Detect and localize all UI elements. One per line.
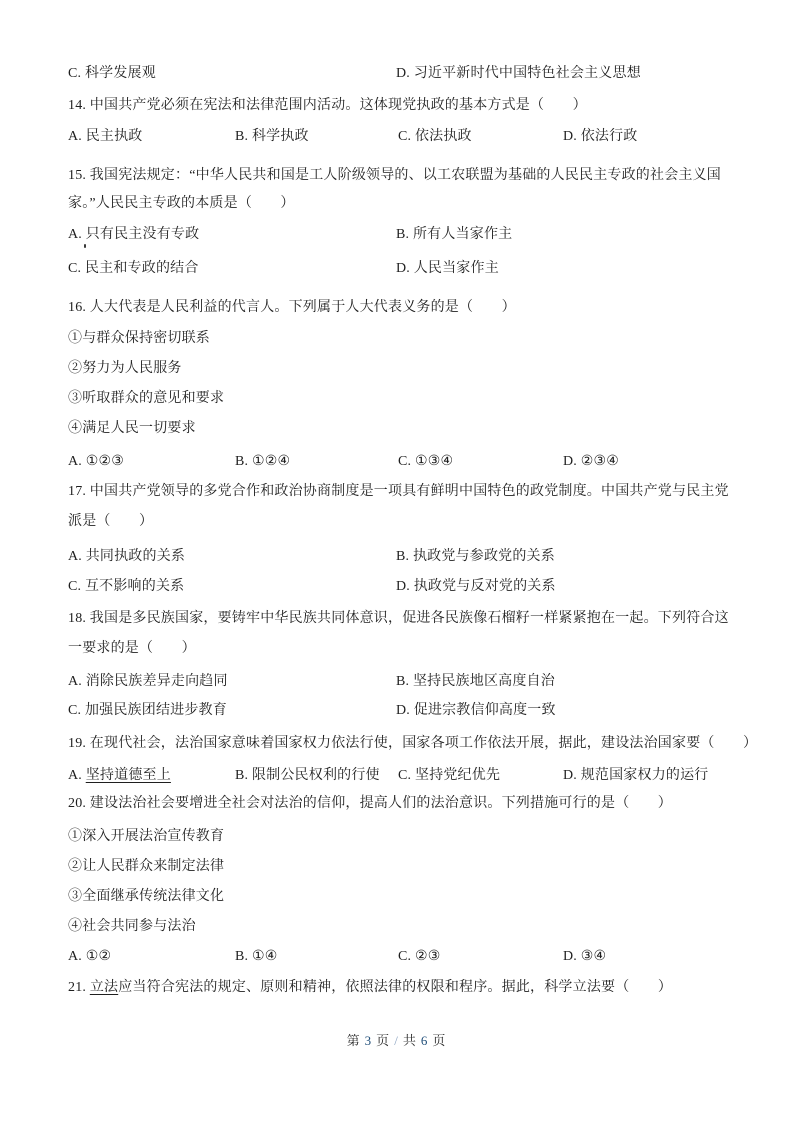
question-17-option-a: A. 共同执政的关系 <box>68 547 185 566</box>
footer-total-number: 6 <box>417 1033 433 1048</box>
question-16-item-4: ④满足人民一切要求 <box>68 419 748 439</box>
question-18-option-d: D. 促进宗教信仰高度一致 <box>396 701 556 720</box>
question-18-options-row-ab: A. 消除民族差异走向趋同 B. 坚持民族地区高度自治 <box>68 672 748 692</box>
question-21-stem: 21. 立法应当符合宪法的规定、原则和精神，依照法律的权限和程序。据此，科学立法… <box>68 978 748 998</box>
question-20-item-1: ①深入开展法治宣传教育 <box>68 827 748 847</box>
question-19-option-a: A. 坚持道德至上 <box>68 766 171 785</box>
question-16-options-row: A. ①②③ B. ①②④ C. ①③④ D. ②③④ <box>68 452 748 472</box>
question-19-option-d: D. 规范国家权力的运行 <box>563 766 709 785</box>
question-13-option-d: D. 习近平新时代中国特色社会主义思想 <box>396 64 641 83</box>
question-15-stem-line2: 家。”人民民主专政的本质是（ ） <box>68 194 748 214</box>
question-17-stem-line1: 17. 中国共产党领导的多党合作和政治协商制度是一项具有鲜明中国特色的政党制度。… <box>68 482 748 502</box>
footer-separator: / <box>390 1033 403 1048</box>
question-15-option-a: A. 只有民主没有专政 <box>68 225 199 244</box>
question-16-item-2: ②努力为人民服务 <box>68 359 748 379</box>
question-19-option-a-underlined-text: 坚持道德至上 <box>86 768 171 783</box>
question-17-options-row-cd: C. 互不影响的关系 D. 执政党与反对党的关系 <box>68 577 748 597</box>
question-20-item-3: ③全面继承传统法律文化 <box>68 887 748 907</box>
footer-total-label-left: 共 <box>403 1033 417 1048</box>
question-17-option-d: D. 执政党与反对党的关系 <box>396 577 556 596</box>
question-20-options-row: A. ①② B. ①④ C. ②③ D. ③④ <box>68 947 748 967</box>
question-14-option-a: A. 民主执政 <box>68 127 143 146</box>
question-15-option-c: C. 民主和专政的结合 <box>68 259 199 278</box>
question-14-option-c: C. 依法执政 <box>398 127 472 146</box>
question-16-stem: 16. 人大代表是人民利益的代言人。下列属于人大代表义务的是（ ） <box>68 298 748 318</box>
question-18-option-b: B. 坚持民族地区高度自治 <box>396 672 555 691</box>
question-17-stem-line2: 派是（ ） <box>68 512 748 532</box>
question-19-options-row: A. 坚持道德至上 B. 限制公民权利的行使 C. 坚持党纪优先 D. 规范国家… <box>68 766 748 786</box>
question-19-stem: 19. 在现代社会，法治国家意味着国家权力依法行使，国家各项工作依法开展，据此，… <box>68 734 748 754</box>
footer-page-number: 3 <box>361 1033 377 1048</box>
question-18-options-row-cd: C. 加强民族团结进步教育 D. 促进宗教信仰高度一致 <box>68 701 748 721</box>
question-15-option-b: B. 所有人当家作主 <box>396 225 512 244</box>
question-20-option-c: C. ②③ <box>398 947 440 966</box>
question-15-stem-line1: 15. 我国宪法规定：“中华人民共和国是工人阶级领导的、以工农联盟为基础的人民民… <box>68 166 748 186</box>
question-19-option-c: C. 坚持党纪优先 <box>398 766 500 785</box>
stray-dot-artifact <box>84 244 86 248</box>
question-13-options-row: C. 科学发展观 D. 习近平新时代中国特色社会主义思想 <box>68 64 748 84</box>
question-18-option-a: A. 消除民族差异走向趋同 <box>68 672 228 691</box>
question-17-options-row-ab: A. 共同执政的关系 B. 执政党与参政党的关系 <box>68 547 748 567</box>
question-19-option-b: B. 限制公民权利的行使 <box>235 766 380 785</box>
question-21-stem-underlined-text: 立法 <box>90 980 118 995</box>
question-15-option-d: D. 人民当家作主 <box>396 259 499 278</box>
question-14-option-d: D. 依法行政 <box>563 127 638 146</box>
question-14-stem: 14. 中国共产党必须在宪法和法律范围内活动。这体现党执政的基本方式是（ ） <box>68 96 748 116</box>
page-footer: 第3页/共6页 <box>0 1030 793 1049</box>
exam-page: C. 科学发展观 D. 习近平新时代中国特色社会主义思想 14. 中国共产党必须… <box>0 0 793 1122</box>
question-14-option-b: B. 科学执政 <box>235 127 309 146</box>
question-21-stem-prefix: 21. <box>68 980 90 995</box>
question-20-option-d: D. ③④ <box>563 947 606 966</box>
question-16-option-c: C. ①③④ <box>398 452 453 471</box>
question-16-item-3: ③听取群众的意见和要求 <box>68 389 748 409</box>
question-18-option-c: C. 加强民族团结进步教育 <box>68 701 227 720</box>
question-20-item-2: ②让人民群众来制定法律 <box>68 857 748 877</box>
question-16-item-1: ①与群众保持密切联系 <box>68 329 748 349</box>
question-20-option-a: A. ①② <box>68 947 111 966</box>
question-16-option-b: B. ①②④ <box>235 452 290 471</box>
footer-page-label-left: 第 <box>347 1033 361 1048</box>
question-21-stem-rest: 应当符合宪法的规定、原则和精神，依照法律的权限和程序。据此，科学立法要（ ） <box>118 980 672 995</box>
question-16-option-d: D. ②③④ <box>563 452 619 471</box>
question-15-options-row-cd: C. 民主和专政的结合 D. 人民当家作主 <box>68 259 748 279</box>
question-20-option-b: B. ①④ <box>235 947 277 966</box>
footer-page-label-right: 页 <box>376 1033 390 1048</box>
question-13-option-c: C. 科学发展观 <box>68 64 156 83</box>
question-17-option-b: B. 执政党与参政党的关系 <box>396 547 555 566</box>
question-18-stem-line2: 一要求的是（ ） <box>68 639 748 659</box>
question-19-option-a-label: A. <box>68 768 86 783</box>
question-18-stem-line1: 18. 我国是多民族国家，要铸牢中华民族共同体意识，促进各民族像石榴籽一样紧紧抱… <box>68 609 748 629</box>
question-17-option-c: C. 互不影响的关系 <box>68 577 184 596</box>
question-16-option-a: A. ①②③ <box>68 452 124 471</box>
question-20-stem: 20. 建设法治社会要增进全社会对法治的信仰，提高人们的法治意识。下列措施可行的… <box>68 794 748 814</box>
question-20-item-4: ④社会共同参与法治 <box>68 917 748 937</box>
footer-total-label-right: 页 <box>432 1033 446 1048</box>
question-15-options-row-ab: A. 只有民主没有专政 B. 所有人当家作主 <box>68 225 748 245</box>
question-14-options-row: A. 民主执政 B. 科学执政 C. 依法执政 D. 依法行政 <box>68 127 748 147</box>
